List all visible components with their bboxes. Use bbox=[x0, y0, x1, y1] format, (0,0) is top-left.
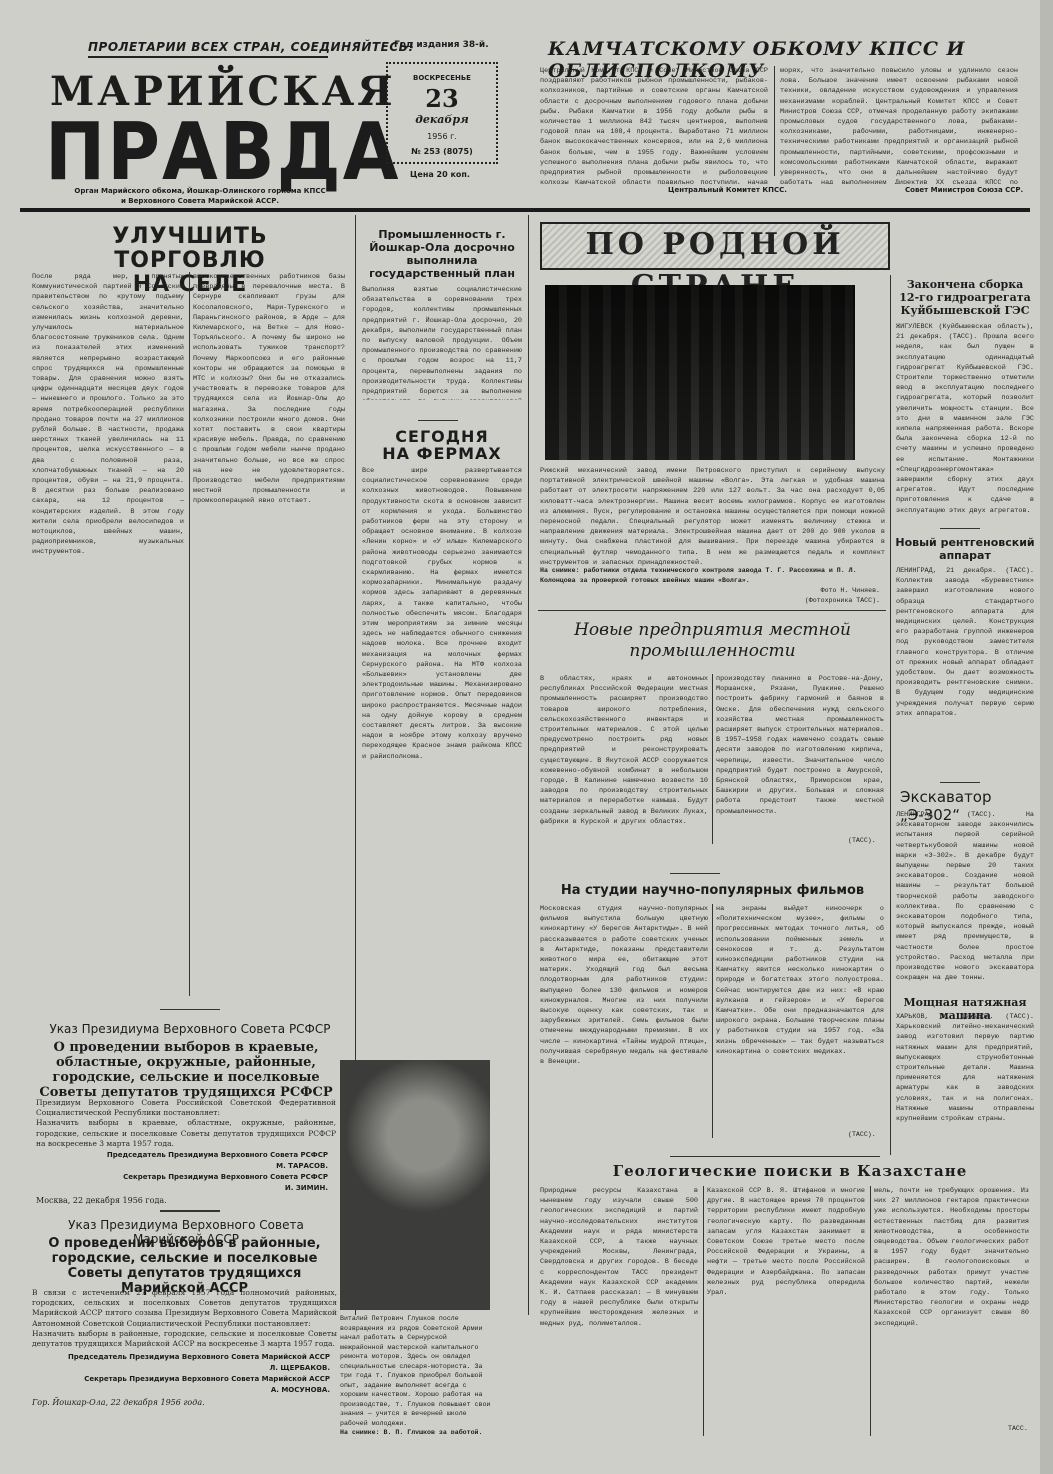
sewing-caption: На снимке: работники отдела технического… bbox=[540, 566, 885, 585]
local-industry-credit: (ТАСС). bbox=[848, 836, 876, 846]
separator bbox=[940, 528, 980, 529]
signature-council: Совет Министров Союза ССР. bbox=[905, 186, 1023, 194]
local-industry-col1: В областях, краях и автономных республик… bbox=[540, 674, 708, 846]
column-divider bbox=[528, 215, 529, 1315]
decree-mari-body: В связи с истечением 27 февраля 1957 год… bbox=[32, 1288, 337, 1350]
decree-rsfsr-body: Президиум Верховного Совета Российской С… bbox=[36, 1098, 336, 1158]
xray-body: ЛЕНИНГРАД, 21 декабря. (ТАСС). Коллектив… bbox=[896, 566, 1034, 762]
decree-mari-headline: О проведении выборов в районные, городск… bbox=[32, 1236, 337, 1296]
column-divider bbox=[890, 275, 891, 1155]
column-divider bbox=[774, 66, 775, 176]
hydro-headline: Закончена сборка 12-го гидроагрегата Куй… bbox=[895, 278, 1035, 317]
newspaper-title-line2: ПРАВДА bbox=[45, 112, 400, 191]
sign2-title: Секретарь Президиума Верховного Совета М… bbox=[40, 1374, 330, 1385]
price: Цена 20 коп. bbox=[410, 170, 470, 179]
photo2-subject: На снимке: В. П. Глушков за работой. bbox=[340, 1428, 492, 1434]
film-studio-col1: Московская студия научно-популярных филь… bbox=[540, 904, 708, 1140]
decree-rsfsr-signatures: Председатель Президиума Верховного Совет… bbox=[88, 1150, 328, 1194]
separator bbox=[418, 420, 458, 421]
motto-underline bbox=[88, 56, 328, 58]
separator bbox=[670, 873, 720, 874]
column-divider bbox=[703, 1186, 704, 1436]
credit-line2: (Фотохроника ТАСС). bbox=[740, 596, 880, 606]
column-divider bbox=[189, 272, 190, 996]
press-body: ХАРЬКОВ, 21 декабря. (ТАСС). Харьковский… bbox=[896, 1012, 1034, 1142]
decree-rsfsr-kicker: Указ Президиума Верховного Совета РСФСР bbox=[40, 1022, 340, 1036]
separator bbox=[538, 610, 886, 611]
sign1-title: Председатель Президиума Верховного Совет… bbox=[88, 1150, 328, 1161]
geology-credit: ТАСС. bbox=[1008, 1424, 1028, 1434]
photo-worker-glushkov bbox=[340, 1060, 490, 1310]
sign2-name: А. МОСУНОВА. bbox=[40, 1385, 330, 1396]
kamchatka-col1: Центральный Комитет КПСС и Совет Министр… bbox=[540, 66, 768, 184]
masthead-rule bbox=[20, 208, 1030, 212]
headline-line1: Новые предприятия местной bbox=[540, 620, 885, 641]
decree-rsfsr-body2: Назначить выборы в краевые, областные, о… bbox=[36, 1118, 336, 1149]
photo-sewing-machines bbox=[545, 285, 855, 460]
decree-mari-place-date: Гор. Йошкар-Ола, 22 декабря 1956 года. bbox=[32, 1398, 205, 1407]
xray-headline: Новый рентгеновский аппарат bbox=[895, 536, 1035, 562]
column-divider bbox=[870, 1186, 871, 1436]
organ-statement: Орган Марийского обкома, Йошкар-Олинског… bbox=[60, 186, 340, 206]
separator bbox=[160, 1210, 220, 1212]
farms-headline-line2: НА ФЕРМАХ bbox=[362, 445, 522, 462]
organ-line2: и Верховного Совета Марийской АССР. bbox=[60, 196, 340, 206]
farms-headline: СЕГОДНЯ НА ФЕРМАХ bbox=[362, 428, 522, 462]
kamchatka-col2: морях, что значительно повысило уловы и … bbox=[780, 66, 1018, 184]
film-studio-headline: На студии научно-популярных фильмов bbox=[540, 884, 885, 897]
column-divider bbox=[712, 674, 713, 844]
issue-number: № 253 (8075) bbox=[388, 147, 496, 156]
decree-mari-body1: В связи с истечением 27 февраля 1957 год… bbox=[32, 1288, 337, 1329]
column-divider bbox=[712, 904, 713, 1138]
photo2-caption-text: Виталий Петрович Глушков после возвращен… bbox=[340, 1314, 492, 1428]
film-studio-credit: (ТАСС). bbox=[848, 1130, 876, 1140]
headline-line2: промышленности bbox=[540, 641, 885, 662]
page-edge bbox=[1040, 0, 1053, 1474]
credit-line1: Фото Н. Чиняев. bbox=[740, 586, 880, 596]
decree-rsfsr-body1: Президиум Верховного Совета Российской С… bbox=[36, 1098, 336, 1118]
sign2-name: И. ЗИМИН. bbox=[88, 1183, 328, 1194]
decree-rsfsr-place-date: Москва, 22 декабря 1956 года. bbox=[36, 1196, 167, 1205]
section-banner: ПО РОДНОЙ СТРАНЕ bbox=[540, 222, 890, 270]
sign1-name: Л. ЩЕРБАКОВ. bbox=[40, 1363, 330, 1374]
photo2-caption: Виталий Петрович Глушков после возвращен… bbox=[340, 1314, 492, 1434]
geology-headline: Геологические поиски в Казахстане bbox=[540, 1162, 1040, 1180]
industry-body: Выполняя взятые социалистические обязате… bbox=[362, 285, 522, 400]
weekday: ВОСКРЕСЕНЬЕ bbox=[388, 74, 496, 82]
sign1-title: Председатель Президиума Верховного Совет… bbox=[40, 1352, 330, 1363]
decree-mari-body2: Назначить выборы в районные, городские, … bbox=[32, 1329, 337, 1349]
trade-col2: высокоответственных работников базы прев… bbox=[193, 272, 345, 1004]
hydro-body: ЖИГУЛЕВСК (Куйбышевская область), 21 дек… bbox=[896, 322, 1034, 522]
signature-cc: Центральный Комитет КПСС. bbox=[668, 186, 787, 194]
separator bbox=[940, 782, 980, 783]
local-industry-headline: Новые предприятия местной промышленности bbox=[540, 620, 885, 662]
year-of-publication: Год издания 38-й. bbox=[394, 40, 489, 50]
local-industry-col2: производству пианино в Ростове-на-Дону, … bbox=[716, 674, 884, 834]
excavator-body: ЛЕНИНГРАД. (ТАСС). На экскаваторном заво… bbox=[896, 810, 1034, 992]
decree-mari-signatures: Председатель Президиума Верховного Совет… bbox=[40, 1352, 330, 1396]
date-box: ВОСКРЕСЕНЬЕ 23 декабря 1956 г. № 253 (80… bbox=[386, 62, 498, 164]
geology-col2: Казахской ССР В. Я. Штифанов и многие др… bbox=[707, 1186, 865, 1436]
sewing-machine-text: Рижский механический завод имени Петровс… bbox=[540, 466, 885, 566]
sign1-name: М. ТАРАСОВ. bbox=[88, 1161, 328, 1172]
farms-headline-line1: СЕГОДНЯ bbox=[362, 428, 522, 445]
month: декабря bbox=[388, 113, 496, 126]
industry-headline: Промышленность г. Йошкар-Ола досрочно вы… bbox=[362, 228, 522, 280]
newspaper-page: ПРОЛЕТАРИИ ВСЕХ СТРАН, СОЕДИНЯЙТЕСЬ! МАР… bbox=[0, 0, 1053, 1474]
sewing-credit: Фото Н. Чиняев. (Фотохроника ТАСС). bbox=[740, 586, 880, 605]
organ-line1: Орган Марийского обкома, Йошкар-Олинског… bbox=[60, 186, 340, 196]
film-studio-col2: на экраны выйдет киноочерк о «Политехнич… bbox=[716, 904, 884, 1128]
decree-rsfsr-headline: О проведении выборов в краевые, областны… bbox=[36, 1040, 336, 1100]
trade-headline-line1: УЛУЧШИТЬ ТОРГОВЛЮ bbox=[40, 225, 340, 273]
separator bbox=[670, 1156, 880, 1157]
geology-col3: мель, почти не требующих орошения. Из ни… bbox=[874, 1186, 1029, 1420]
farms-body: Все шире развертывается социалистическое… bbox=[362, 466, 522, 1046]
sign2-title: Секретарь Президиума Верховного Совета Р… bbox=[88, 1172, 328, 1183]
separator bbox=[160, 1009, 220, 1010]
day: 23 bbox=[388, 84, 496, 113]
year: 1956 г. bbox=[388, 132, 496, 141]
geology-col1: Природные ресурсы Казахстана в нынешнем … bbox=[540, 1186, 698, 1436]
motto: ПРОЛЕТАРИИ ВСЕХ СТРАН, СОЕДИНЯЙТЕСЬ! bbox=[88, 40, 414, 54]
trade-col1: После ряда мер, принятых Коммунистическо… bbox=[32, 272, 184, 1004]
